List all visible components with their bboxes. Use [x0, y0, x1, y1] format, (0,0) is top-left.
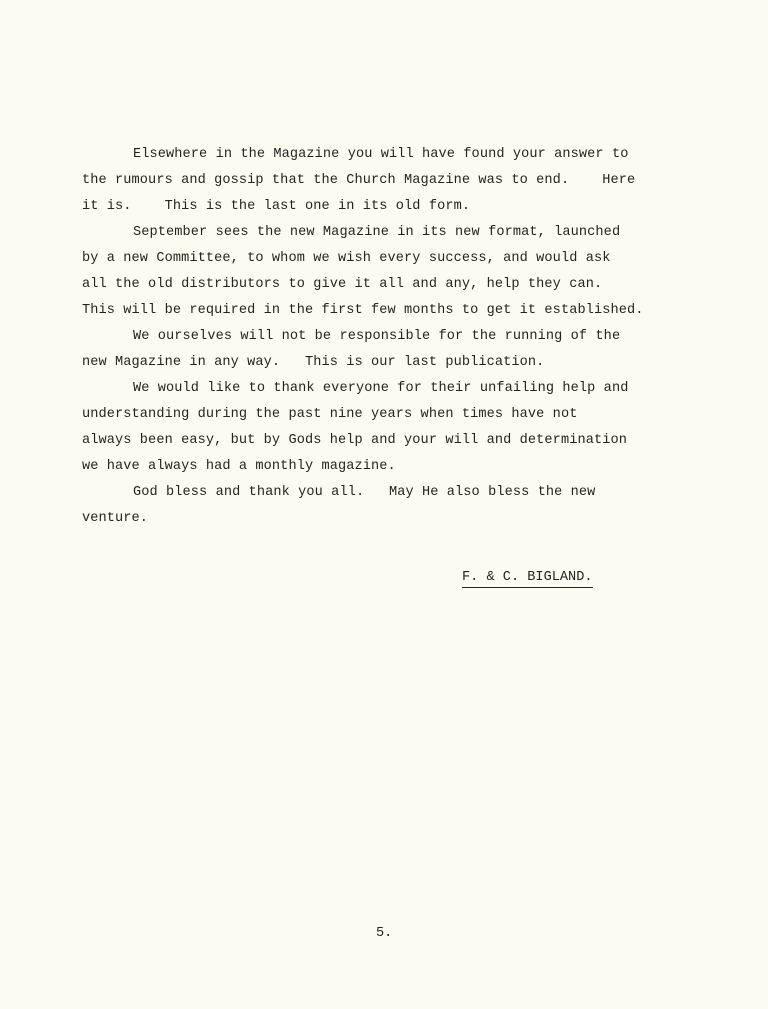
text-line: We ourselves will not be responsible for…	[133, 329, 620, 345]
text-line: We would like to thank everyone for thei…	[133, 381, 628, 397]
text-line: we have always had a monthly magazine.	[82, 459, 396, 475]
text-line: God bless and thank you all. May He also…	[133, 485, 595, 501]
text-line: it is. This is the last one in its old f…	[82, 199, 470, 215]
page-number: 5.	[376, 926, 392, 942]
text-line: Elsewhere in the Magazine you will have …	[133, 147, 628, 163]
text-line: September sees the new Magazine in its n…	[133, 225, 620, 241]
signature: F. & C. BIGLAND.	[462, 570, 593, 588]
text-line: always been easy, but by Gods help and y…	[82, 433, 627, 449]
text-line: by a new Committee, to whom we wish ever…	[82, 251, 610, 267]
text-line: the rumours and gossip that the Church M…	[82, 173, 635, 189]
text-line: all the old distributors to give it all …	[82, 277, 602, 293]
text-line: This will be required in the first few m…	[82, 303, 644, 319]
text-line: new Magazine in any way. This is our las…	[82, 355, 544, 371]
document-page: Elsewhere in the Magazine you will have …	[0, 0, 768, 1009]
text-line: understanding during the past nine years…	[82, 407, 577, 423]
text-line: venture.	[82, 511, 148, 527]
